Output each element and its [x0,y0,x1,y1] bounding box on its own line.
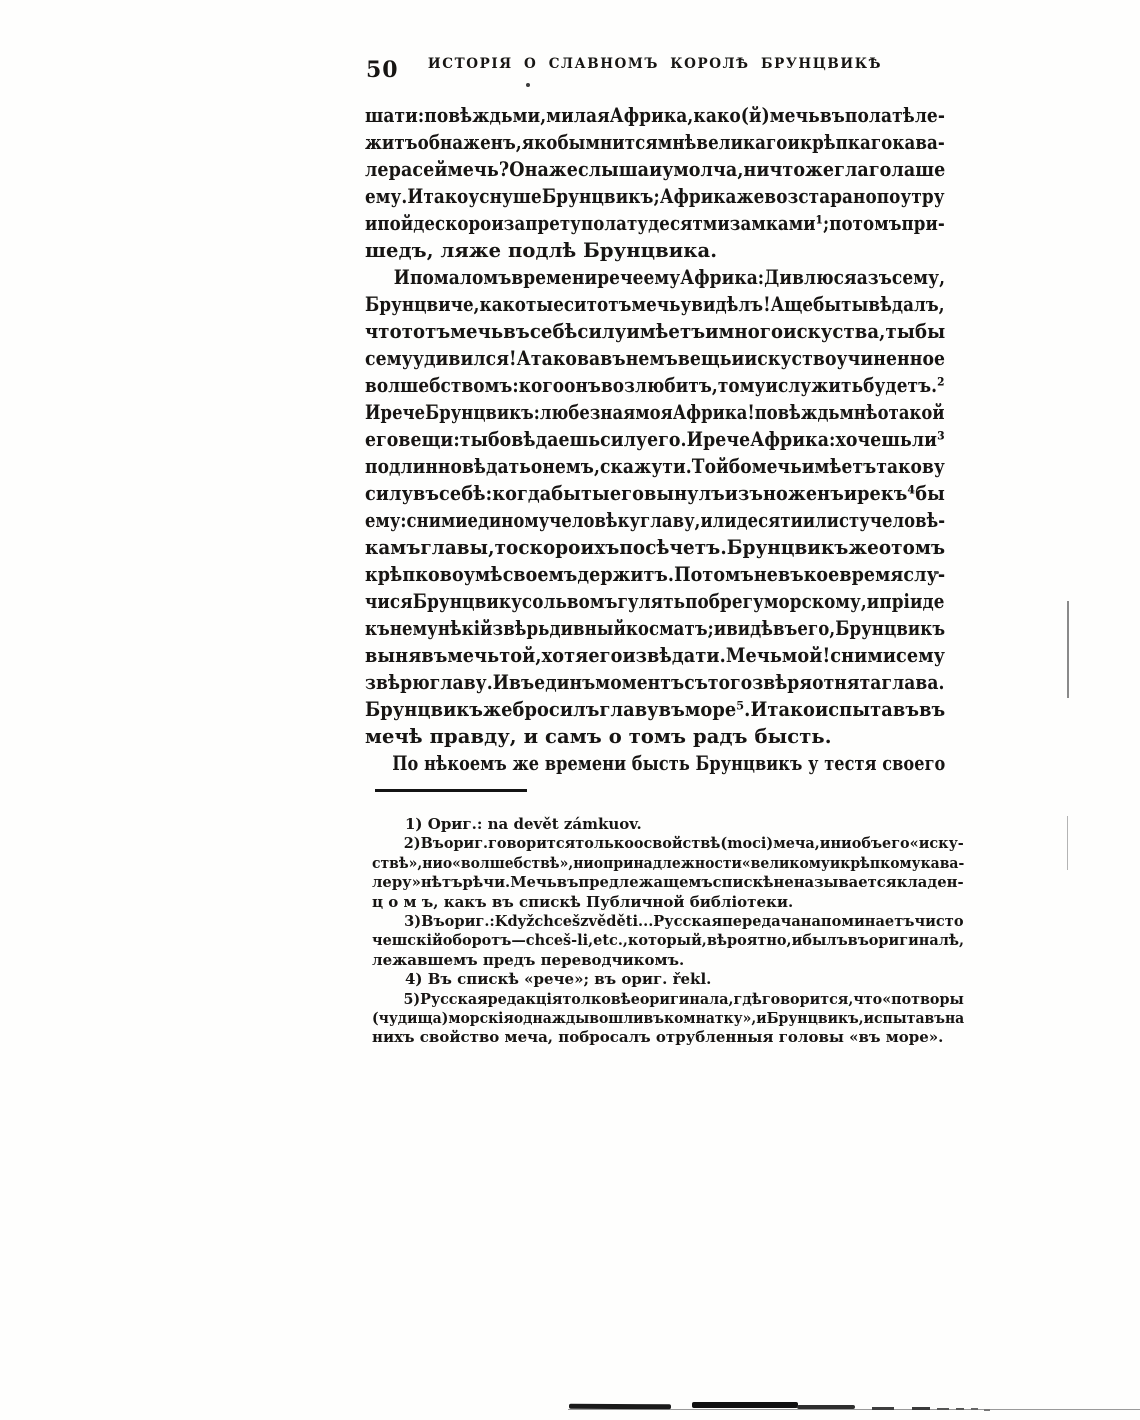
footnote-line: ствѣ»,нио«волшебствѣ»,ниопринадлежности«… [372,854,923,873]
body-text-line: ИречеБрунцвикъ:любезнаямояАфрика!повѣждь… [365,399,852,426]
body-text-line: вынявъмечьтой,хотяегоизвѣдати.Мечьмой!сн… [365,642,891,669]
footnote-line: 1) Ориг.: na devět zámkuov. [372,815,964,834]
scan-edge-mark [937,1408,949,1410]
body-text-line: Брунцвиче,какотыеситотъмечьувидѣлъ!Ащебы… [365,291,861,318]
body-text-line: чисяБрунцвикусольвомъгулятьпобрегуморско… [365,588,864,615]
scan-edge-mark [912,1407,930,1410]
footnote-line: леру»нѣтърѣчи.Мечьвъпредлежащемъспискѣне… [372,873,955,892]
body-text-line: Брунцвикъжебросилъглавувъморе⁵.Итакоиспы… [365,696,894,723]
body-text-line: ИпомаломъвремениречеемуАфрика:Дивлюсяазъ… [365,264,871,291]
footnote-line: 2)Въориг.говоритсятолькоосвойствѣ(moci)м… [372,834,941,853]
body-text-line: кънемунѣкійзвѣрьдивныйкосматъ;ивидѣвъего… [365,615,858,642]
body-text-line: лерасеймечь?Онажеслышаиумолча,ничтожегла… [365,156,886,183]
scan-fold-line [1067,816,1068,870]
body-text-line: житъобнаженъ,якобымнитсямнѣвеликагоикрѣп… [365,129,860,156]
footnote-line: (чудища)морскіяоднаждывошливъкомнатку»,и… [372,1009,924,1028]
body-text-line: ему:снимиединомучеловѣкуглаву,илидесятии… [365,507,853,534]
running-title: ИСТОРІЯ О СЛАВНОМЪ КОРОЛѢ БРУНЦВИКѢ [365,56,945,72]
footnote-line: 5)Русскаяредакціятолковѣеоригинала,гдѣго… [372,990,936,1009]
scan-edge-mark [872,1407,894,1410]
footnotes-block: 1) Ориг.: na devět zámkuov.2)Въориг.гово… [372,815,964,1048]
footnote-separator-rule [375,789,527,792]
body-text-line: ему.ИтакоуснушеБрунцвикъ;Африкажевозстар… [365,183,866,210]
body-text-line: мечѣ правду, и самъ о томъ радъ бысть. [365,723,945,750]
scan-edge-mark [971,1408,978,1410]
body-text-line: шедъ, ляже подлѣ Брунцвика. [365,237,945,264]
book-page: 50 ИСТОРІЯ О СЛАВНОМЪ КОРОЛѢ БРУНЦВИКѢ ш… [0,0,1140,1420]
footnote-line: лежавшемъ предъ переводчикомъ. [372,951,964,970]
footnote-line: 3)Въориг.:Kdyžchcešzvěděti...Русскаяпере… [372,912,947,931]
body-text-line: силувъсебѣ:когдабытыеговынулъизъноженъир… [365,480,891,507]
body-text-line: ипойдескороизапретуполатудесятмизамками¹… [365,210,859,237]
body-text: шати:повѣждьми,милаяАфрика,како(й)мечьвъ… [365,102,945,777]
body-text-line: подлинновѣдатьонемъ,скажути.Тойбомечьимѣ… [365,453,872,480]
body-text-line: волшебствомъ:когоонъвозлюбитъ,томуислужи… [365,372,867,399]
footnote-line: чешскійоборотъ—chceš-li,etc.,который,вѣр… [372,931,942,950]
scan-fold-line [1067,601,1069,698]
body-text-line: еговещи:тыбовѣдаешьсилуего.ИречеАфрика:х… [365,426,879,453]
scan-edge-mark [797,1405,855,1409]
body-text-line: По нѣкоемъ же времени бысть Брунцвикъ у … [365,750,844,777]
scan-edge-mark [956,1408,964,1410]
scan-edge-mark [984,1409,990,1411]
scan-speck [934,571,939,574]
body-text-line: семуудивился!Атаковавънемъвещьиискуствоу… [365,345,878,372]
footnote-line: 4) Въ спискѣ «рече»; въ ориг. řekl. [372,970,964,989]
footnote-line: нихъ свойство меча, побросалъ отрубленны… [372,1028,964,1047]
scan-edge-mark [692,1402,798,1408]
scan-edge-mark [569,1404,671,1410]
body-text-line: чтототъмечьвъсебѣсилуимѣетъимногоискуств… [365,318,902,345]
scan-speck [526,83,530,87]
body-text-line: крѣпковоумѣсвоемъдержитъ.Потомъневъкоевр… [365,561,885,588]
body-text-line: шати:повѣждьми,милаяАфрика,како(й)мечьвъ… [365,102,872,129]
footnote-line: ц о м ъ, какъ въ спискѣ Публичной библіо… [372,893,964,912]
body-text-line: камъглавы,тоскороихъпосѣчетъ.Брунцвикъже… [365,534,910,561]
body-text-line: звѣрюглаву.Ивъединъмоментъсътогозвѣряотн… [365,669,874,696]
